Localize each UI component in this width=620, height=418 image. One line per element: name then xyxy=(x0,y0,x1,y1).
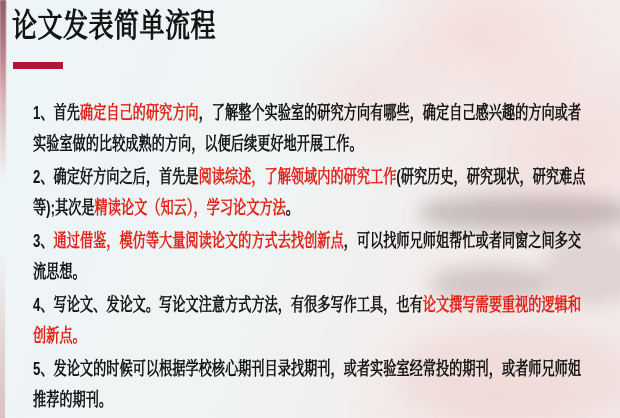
text-segment: 实验室做的比较成熟的方向，以便后续更好地开展工作。 xyxy=(33,133,363,154)
text-segment: 3、 xyxy=(33,230,54,251)
text-segment: 1、首先 xyxy=(33,102,80,123)
paragraph: 1、首先确定自己的研究方向，了解整个实验室的研究方向有哪些，确定自己感兴趣的方向… xyxy=(33,97,593,159)
text-segment: 等);其次是 xyxy=(33,197,95,218)
title-underline-bar xyxy=(13,62,63,69)
paragraph: 4、写论文、发论文。写论文注意方式方法，有很多写作工具，也有论文撰写需要重视的逻… xyxy=(33,289,593,351)
text-segment: 2、确定好方向之后，首先是 xyxy=(33,166,199,187)
highlighted-text: 创新点。 xyxy=(33,325,86,346)
paragraph: 5、发论文的时候可以根据学校核心期刊目录找期刊，或者实验室经常投的期刊，或者师兄… xyxy=(33,353,593,415)
text-segment: 推荐的期刊。 xyxy=(33,389,112,410)
highlighted-text: 通过借鉴，模仿等大量阅读论文的方式去找创新点 xyxy=(54,230,344,251)
presentation-slide: 论文发表简单流程 1、首先确定自己的研究方向，了解整个实验室的研究方向有哪些，确… xyxy=(0,0,620,418)
highlighted-text: 确定自己的研究方向 xyxy=(80,102,199,123)
text-line: 推荐的期刊。 xyxy=(33,377,593,418)
highlighted-text: 精读论文（知云），学习论文方法 xyxy=(95,197,286,218)
text-segment: 流思想。 xyxy=(33,261,86,282)
text-segment: ，可以找师兄师姐帮忙或者同窗之间多交 xyxy=(344,230,581,251)
text-segment: (研究历史，研究现状，研究难点 xyxy=(396,166,585,187)
body-text: 1、首先确定自己的研究方向，了解整个实验室的研究方向有哪些，确定自己感兴趣的方向… xyxy=(33,97,593,417)
left-edge-pink-strip xyxy=(0,250,5,418)
paragraph: 2、确定好方向之后，首先是阅读综述，了解领域内的研究工作(研究历史，研究现状，研… xyxy=(33,161,593,223)
highlighted-text: 论文撰写需要重视的逻辑和 xyxy=(423,294,581,315)
paragraph: 3、通过借鉴，模仿等大量阅读论文的方式去找创新点，可以找师兄师姐帮忙或者同窗之间… xyxy=(33,225,593,287)
left-edge-red-strip xyxy=(0,0,6,180)
slide-title: 论文发表简单流程 xyxy=(12,0,216,52)
text-segment: 4、写论文、发论文。写论文注意方式方法，有很多写作工具，也有 xyxy=(33,294,423,315)
highlighted-text: 阅读综述，了解领域内的研究工作 xyxy=(199,166,397,187)
text-segment: 。 xyxy=(286,197,299,218)
text-segment: ，了解整个实验室的研究方向有哪些，确定自己感兴趣的方向或者 xyxy=(199,102,581,123)
text-segment: 5、发论文的时候可以根据学校核心期刊目录找期刊，或者实验室经常投的期刊，或者师兄… xyxy=(33,358,581,379)
